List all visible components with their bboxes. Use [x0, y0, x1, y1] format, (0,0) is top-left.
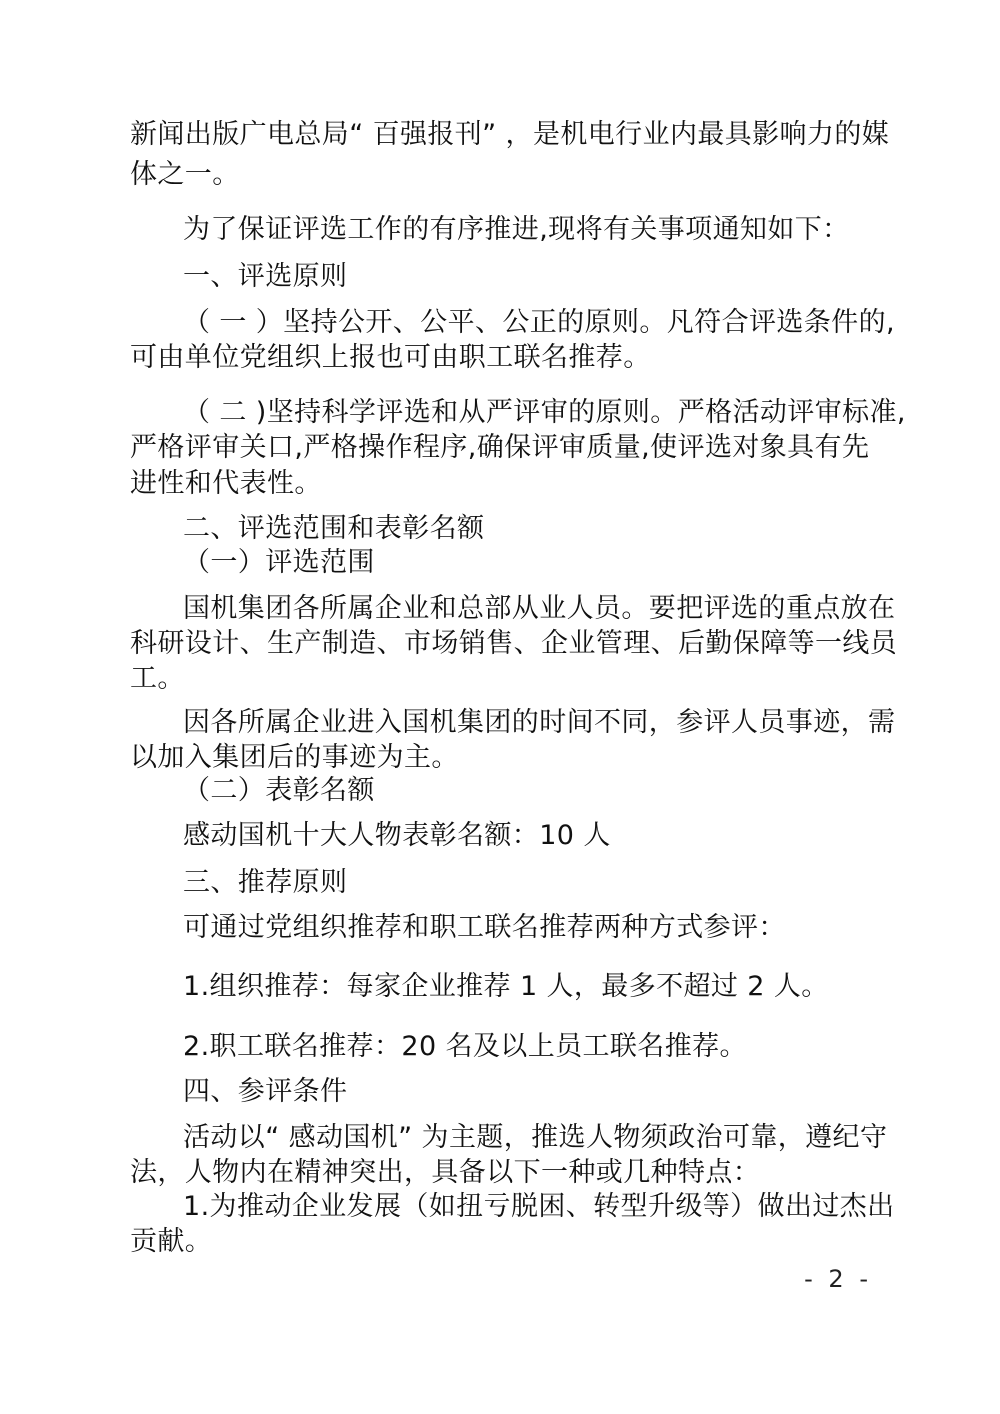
- recommend-item-1: 1.组织推荐：每家企业推荐 1 人，最多不超过 2 人。: [183, 970, 829, 1004]
- quota-text: 感动国机十大人物表彰名额：10 人: [183, 819, 611, 853]
- subheading-quota: （二）表彰名额: [183, 774, 375, 808]
- condition-item-1-cont: 贡献。: [130, 1225, 212, 1259]
- document-page: 新闻出版广电总局“ 百强报刊” ，是机电行业内最具影响力的媒 体之一。 为了保证…: [0, 0, 1000, 1414]
- principle-2-cont: 进性和代表性。: [130, 467, 322, 501]
- page-number: - 2 -: [804, 1265, 872, 1293]
- body-line: 新闻出版广电总局“ 百强报刊” ，是机电行业内最具影响力的媒: [130, 118, 889, 152]
- principle-1: （ 一 ）坚持公开、公平、公正的原则。凡符合评选条件的,: [183, 306, 895, 340]
- body-line: 体之一。: [130, 158, 240, 192]
- section-heading-1: 一、评选原则: [183, 260, 347, 294]
- principle-1-cont: 可由单位党组织上报也可由职工联名推荐。: [130, 341, 651, 375]
- recommend-item-2: 2.职工联名推荐：20 名及以上员工联名推荐。: [183, 1030, 747, 1064]
- section-heading-4: 四、参评条件: [183, 1075, 347, 1109]
- scope-paragraph: 国机集团各所属企业和总部从业人员。要把评选的重点放在: [183, 592, 895, 626]
- intro-paragraph: 为了保证评选工作的有序推进,现将有关事项通知如下：: [183, 213, 850, 247]
- scope-paragraph-cont: 工。: [130, 662, 185, 696]
- section-heading-2: 二、评选范围和表彰名额: [183, 512, 484, 546]
- scope-note: 因各所属企业进入国机集团的时间不同，参评人员事迹，需: [183, 706, 895, 740]
- section-heading-3: 三、推荐原则: [183, 866, 347, 900]
- conditions-paragraph-cont: 法，人物内在精神突出，具备以下一种或几种特点：: [130, 1156, 760, 1190]
- subheading-scope: （一）评选范围: [183, 546, 375, 580]
- scope-paragraph-cont: 科研设计、生产制造、市场销售、企业管理、后勤保障等一线员: [130, 627, 897, 661]
- recommend-intro: 可通过党组织推荐和职工联名推荐两种方式参评：: [183, 911, 786, 945]
- principle-2: （ 二 )坚持科学评选和从严评审的原则。严格活动评审标准,: [183, 396, 906, 430]
- scope-note-cont: 以加入集团后的事迹为主。: [130, 741, 459, 775]
- conditions-paragraph: 活动以“ 感动国机” 为主题，推选人物须政治可靠，遵纪守: [183, 1121, 887, 1155]
- condition-item-1: 1.为推动企业发展（如扭亏脱困、转型升级等）做出过杰出: [183, 1190, 895, 1224]
- principle-2-cont: 严格评审关口,严格操作程序,确保评审质量,使评选对象具有先: [130, 431, 869, 465]
